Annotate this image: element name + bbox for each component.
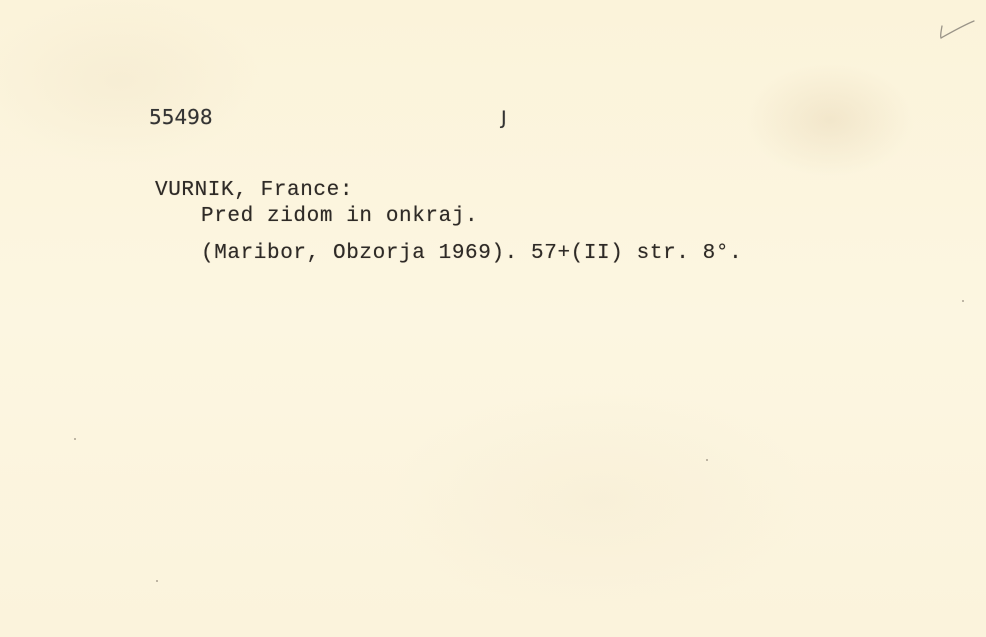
paper-speck [706,459,708,461]
book-title: Pred zidom in onkraj. [201,206,478,227]
accession-number: 55498 [149,107,213,127]
imprint-collation: (Maribor, Obzorja 1969). 57+(II) str. 8°… [201,243,742,264]
paper-speck [962,300,964,302]
catalog-card: 55498 J VURNIK, France: Pred zidom in on… [0,0,986,637]
author-heading: VURNIK, France: [155,180,353,201]
checkmark-icon [938,16,978,42]
paper-speck [74,438,76,440]
class-mark: J [501,109,507,128]
paper-speck [156,580,158,582]
